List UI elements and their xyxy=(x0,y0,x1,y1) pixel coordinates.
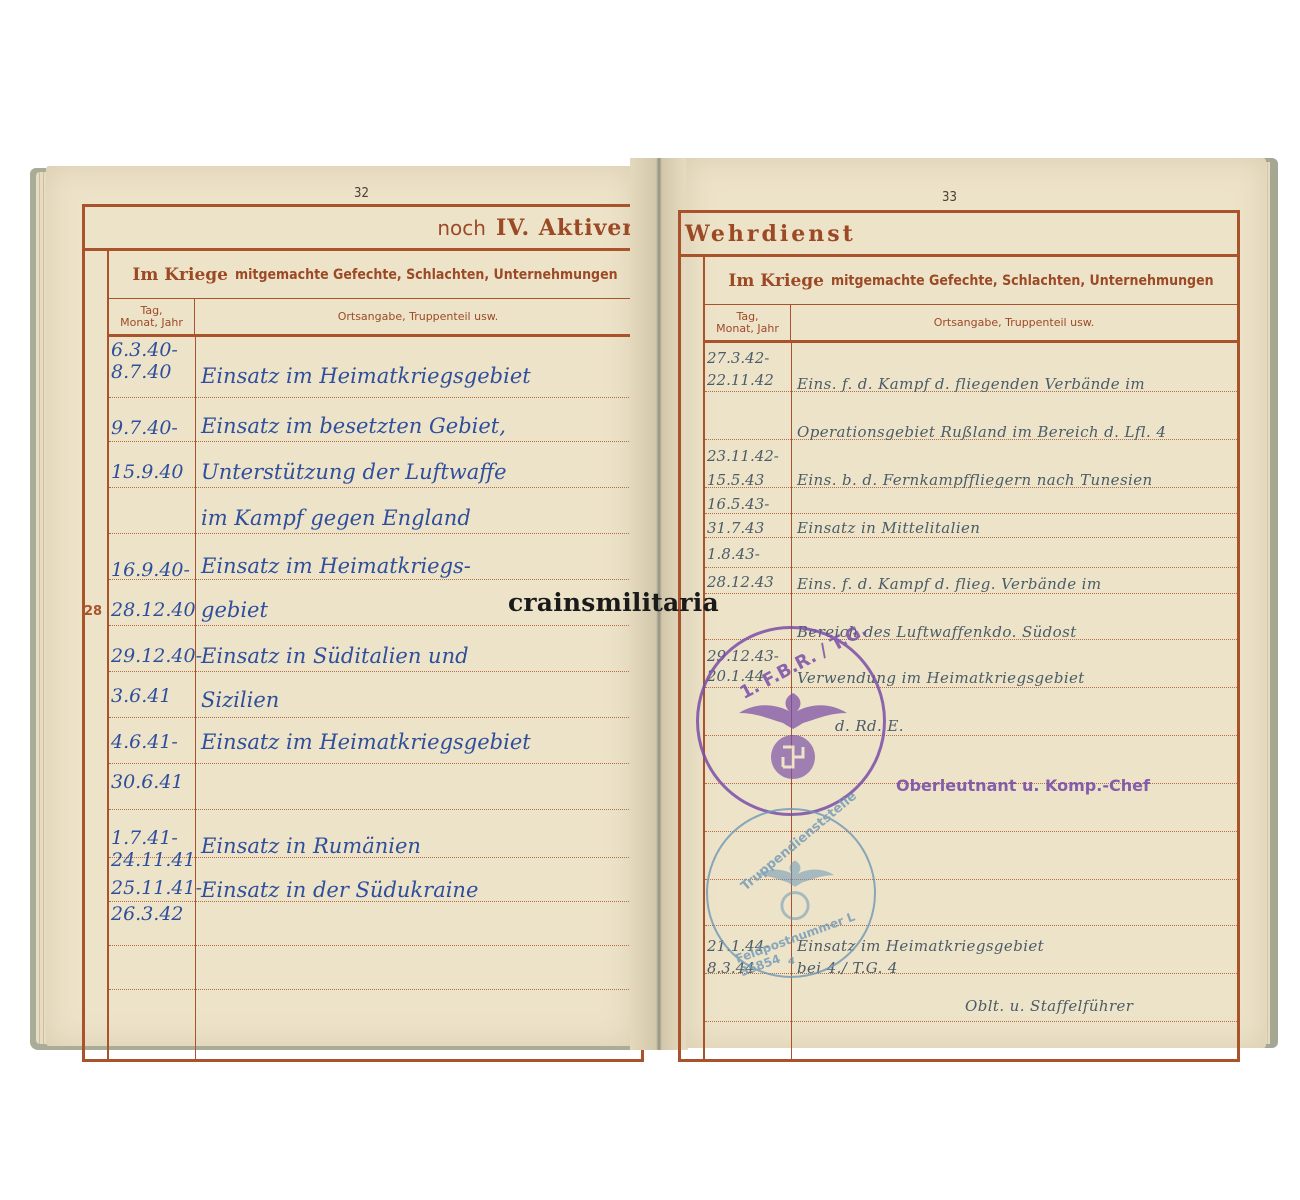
field-post-stamp-blue: Truppendienststelle Feldpostnummer L 358… xyxy=(706,808,876,978)
watermark: crainsmilitaria xyxy=(508,588,719,617)
title-prefix: noch xyxy=(437,216,486,240)
entry-table: noch IV. Aktiver Im Kriege mitgemachte G… xyxy=(82,204,644,1062)
page-title: Wehrdienst xyxy=(681,213,1237,257)
column-header-place: Ortsangabe, Truppenteil usw. xyxy=(195,299,641,334)
column-headers: Tag, Monat, Jahr Ortsangabe, Truppenteil… xyxy=(705,305,1237,343)
rank-stamp: Oberleutnant u. Komp.-Chef xyxy=(896,776,1150,795)
column-header-place: Ortsangabe, Truppenteil usw. xyxy=(791,305,1237,340)
section-header: Im Kriege mitgemachte Gefechte, Schlacht… xyxy=(109,251,641,299)
side-page-number: 28 xyxy=(84,604,102,619)
section-header: Im Kriege mitgemachte Gefechte, Schlacht… xyxy=(705,257,1237,305)
section-header-rest: mitgemachte Gefechte, Schlachten, Untern… xyxy=(831,273,1214,289)
section-header-bold: Im Kriege xyxy=(132,265,228,285)
page-title: noch IV. Aktiver xyxy=(85,207,641,251)
page-number: 32 xyxy=(354,186,369,201)
title-main: IV. Aktiver xyxy=(496,215,635,241)
title-main: Wehrdienst xyxy=(685,221,856,247)
eagle-emblem-icon xyxy=(733,673,853,793)
margin-column xyxy=(85,251,109,1059)
section-header-rest: mitgemachte Gefechte, Schlachten, Untern… xyxy=(235,267,618,283)
margin-column xyxy=(681,257,705,1059)
page-number: 33 xyxy=(942,190,957,205)
eagle-emblem-icon xyxy=(750,846,840,926)
section-header-bold: Im Kriege xyxy=(728,271,824,291)
unit-stamp-purple: 1. F.B.R. / T.G. xyxy=(696,626,886,816)
column-header-date: Tag, Monat, Jahr xyxy=(109,299,195,334)
handwritten-rank-signature: Oblt. u. Staffelführer xyxy=(965,993,1233,1019)
column-header-date: Tag, Monat, Jahr xyxy=(705,305,791,340)
column-headers: Tag, Monat, Jahr Ortsangabe, Truppenteil… xyxy=(109,299,641,337)
entry-rows: 6.3.40- 8.7.40 Einsatz im Heimatkriegsge… xyxy=(109,337,641,1059)
